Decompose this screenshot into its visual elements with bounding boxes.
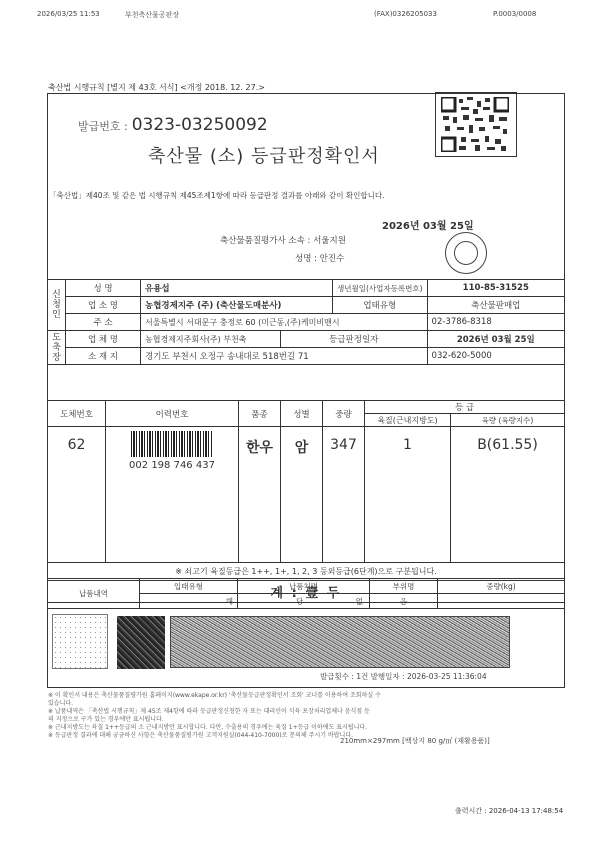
applicant-section-label: 신청인: [48, 280, 66, 331]
delivery-label: 납품내역: [48, 579, 140, 609]
delivery-value-3: 음: [370, 594, 438, 609]
security-pattern: [52, 614, 560, 672]
delivery-header-dest: 납품처명: [238, 579, 370, 594]
trace-no: 002 198 746 437: [110, 460, 234, 471]
header-weight: 중량: [323, 401, 365, 427]
grading-date: 2026년 03월 25일: [427, 331, 564, 348]
applicant-phone: 02-3786-8318: [427, 314, 564, 331]
header-grade: 등 급: [365, 401, 565, 414]
inspector-name: 성명 : 안진수: [295, 252, 344, 264]
header-breed: 품종: [239, 401, 281, 427]
issue-number: 발급번호 :0323-03250092: [78, 115, 268, 135]
footnote: 의 지정으로 구가 있는 경우에만 표시됩니다.: [48, 716, 381, 724]
header-yield: 육량 (육량지수): [451, 414, 565, 427]
barcode-icon: [131, 431, 213, 457]
address-label: 주 소: [66, 314, 141, 331]
reg-no: 110-85-31525: [427, 280, 564, 297]
slaughterhouse-company: 농협경제지주회사(주) 부천축: [141, 331, 281, 348]
issue-date: 2026년 03월 25일: [382, 217, 474, 232]
inspector-organization: 축산물품질평가사 소속 : 서울지원: [220, 234, 346, 246]
form-reference: 축산법 시행규칙 [별지 제 43호 서식] <개정 2018. 12. 27.…: [48, 82, 265, 93]
business-type-label: 업태유형: [333, 297, 428, 314]
applicant-address: 서울특별시 서대문구 충정로 60 (미근동,(주)케미비맨시: [141, 314, 428, 331]
delivery-header-type: 입태유형: [140, 579, 238, 594]
header-carcass-no: 도체번호: [48, 401, 106, 427]
weight: 347: [323, 427, 365, 563]
intro-statement: 「축산법」제40조 및 같은 법 시행규칙 제45조제1항에 따라 등급판정 결…: [49, 190, 385, 201]
delivery-value-4: [438, 594, 565, 609]
quality-grade: 1: [365, 427, 451, 563]
print-time: 출력시간 : 2026-04-13 17:48:54: [455, 806, 563, 816]
slaughterhouse-location: 경기도 부천시 오정구 송내대로 518번길 71: [141, 348, 428, 365]
footnotes: ※ 이 확인서 내용은 축산물품질평가원 홈페이지(www.ekape.or.k…: [48, 692, 381, 740]
issue-number-label: 발급번호 :: [78, 120, 128, 133]
security-dot-pattern-icon: [52, 614, 108, 669]
applicant-info-table: 신청인 성 명 유용섭 생년월일(사업자등록번호) 110-85-31525 업…: [47, 279, 565, 365]
security-noise-pattern-icon: [170, 616, 510, 668]
delivery-header-weight: 중량(kg): [438, 579, 565, 594]
header-quality: 육질(근내지방도): [365, 414, 451, 427]
name-label: 성 명: [66, 280, 141, 297]
footnote: ※ 납품내역은 「축산법 시행규칙」제 45조 제4항에 따라 등급판정신청한 …: [48, 708, 381, 716]
paper-size: 210mm×297mm [백상지 80 g/㎡ (재활용품)]: [340, 736, 490, 746]
issue-number-value: 0323-03250092: [132, 115, 268, 135]
delivery-table: 납품내역 입태유형 납품처명 부위명 중량(kg) 해 당 없 음: [47, 578, 565, 609]
header-sex: 성별: [281, 401, 323, 427]
carcass-no: 62: [48, 427, 106, 563]
issue-count: 발급횟수 : 1건 발행일자 : 2026-03-25 11:36:04: [320, 671, 487, 682]
fax-page: P.0003/0008: [493, 10, 536, 18]
page-title: 축산물 (소) 등급판정확인서: [148, 142, 380, 168]
business-name: 농협경제지주 (주) (축산물도매분사): [141, 297, 333, 314]
reg-no-label: 생년월일(사업자등록번호): [333, 280, 428, 297]
location-label: 소 재 지: [66, 348, 141, 365]
business-label: 업 소 명: [66, 297, 141, 314]
business-type: 축산물판매업: [427, 297, 564, 314]
qr-code-icon: [441, 97, 509, 152]
fax-datetime: 2026/03/25 11:53: [37, 10, 100, 18]
delivery-value-2: 당 없: [238, 594, 370, 609]
slaughterhouse-phone: 032-620-5000: [427, 348, 564, 365]
footnote: ※ 이 확인서 내용은 축산물품질평가원 홈페이지(www.ekape.or.k…: [48, 692, 381, 700]
grade-table: 도체번호 이력번호 품종 성별 중량 등 급 육질(근내지방도) 육량 (육량지…: [47, 400, 565, 603]
applicant-name: 유용섭: [141, 280, 333, 297]
header-trace-no: 이력번호: [106, 401, 239, 427]
footnote: ※ 근내지방도는 육질 1++등급의 소 근내지방만 표시합니다. 다만, 수출…: [48, 724, 381, 732]
delivery-header-part: 부위명: [370, 579, 438, 594]
official-seal-icon: [445, 232, 487, 274]
footnote: 있습니다.: [48, 700, 381, 708]
company-label: 업 체 명: [66, 331, 141, 348]
fax-number: (FAX)0326205033: [374, 10, 437, 18]
footnote: ※ 등급판정 결과에 대해 궁금하신 사항은 축산물품질평가원 고객지원실(04…: [48, 732, 381, 740]
table-row: 62 002 198 746 437 한우 암 347 1 B(61.55): [48, 427, 565, 563]
delivery-value-1: 해: [140, 594, 238, 609]
trace-no-cell: 002 198 746 437: [106, 427, 239, 563]
slaughterhouse-section-label: 도축장: [48, 331, 66, 365]
fax-sender: 부천축산물공판장: [125, 10, 179, 20]
security-dark-pattern-icon: [117, 616, 165, 669]
sex: 암: [281, 427, 323, 563]
yield-grade: B(61.55): [451, 427, 565, 563]
breed: 한우: [239, 427, 281, 563]
grading-date-label: 등급판정일자: [281, 331, 428, 348]
